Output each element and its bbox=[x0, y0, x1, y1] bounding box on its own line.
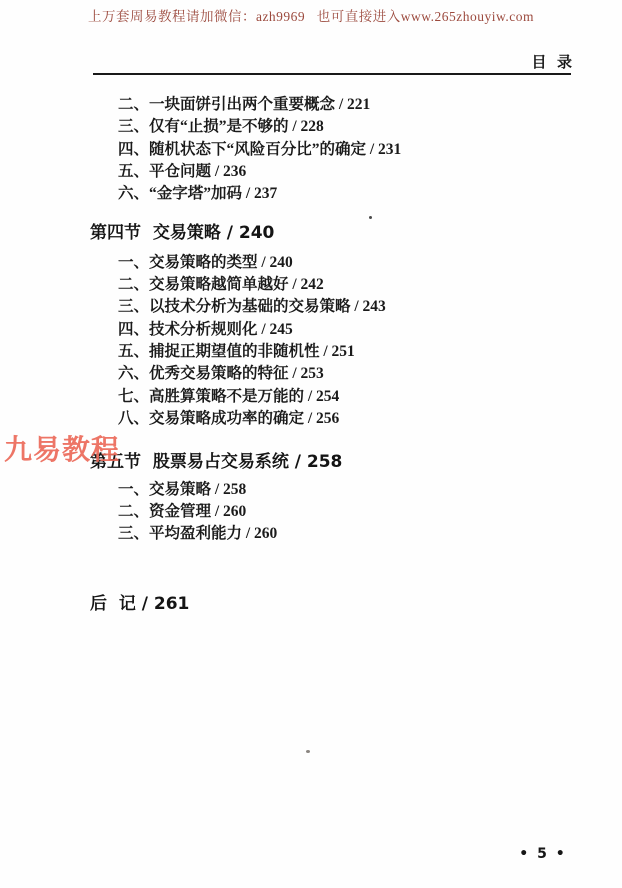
toc-section-heading-4: 第四节 交易策略 / 240 bbox=[90, 220, 602, 246]
watermark-text: 九易教程 bbox=[4, 428, 120, 468]
toc-item: 二、资金管理 / 260 bbox=[118, 501, 602, 523]
toc-item: 六、优秀交易策略的特征 / 253 bbox=[118, 363, 602, 385]
scan-speck bbox=[369, 216, 372, 219]
toc-section-block2: 一、交易策略的类型 / 240 二、交易策略越简单越好 / 242 三、以技术分… bbox=[118, 252, 602, 430]
toc-item: 三、仅有“止损”是不够的 / 228 bbox=[118, 116, 602, 138]
toc-item: 三、平均盈利能力 / 260 bbox=[118, 523, 602, 545]
header-divider-rule bbox=[93, 73, 571, 75]
toc-item: 五、捕捉正期望值的非随机性 / 251 bbox=[118, 341, 602, 363]
toc-item: 二、一块面饼引出两个重要概念 / 221 bbox=[118, 94, 602, 116]
toc-item: 二、交易策略越简单越好 / 242 bbox=[118, 274, 602, 296]
toc-section-block1: 二、一块面饼引出两个重要概念 / 221 三、仅有“止损”是不够的 / 228 … bbox=[118, 94, 602, 205]
promo-header-line: 上万套周易教程请加微信：azh9969 也可直接进入www.265zhouyiw… bbox=[0, 5, 622, 25]
toc-item: 一、交易策略 / 258 bbox=[118, 479, 602, 501]
scan-speck bbox=[306, 750, 310, 753]
toc-item: 一、交易策略的类型 / 240 bbox=[118, 252, 602, 274]
table-of-contents: 二、一块面饼引出两个重要概念 / 221 三、仅有“止损”是不够的 / 228 … bbox=[118, 94, 602, 618]
toc-item: 五、平仓问题 / 236 bbox=[118, 161, 602, 183]
toc-item: 四、随机状态下“风险百分比”的确定 / 231 bbox=[118, 139, 602, 161]
page-header-title: 目 录 bbox=[532, 51, 572, 72]
toc-item: 六、“金字塔”加码 / 237 bbox=[118, 183, 602, 205]
toc-item: 四、技术分析规则化 / 245 bbox=[118, 319, 602, 341]
toc-section-block3: 一、交易策略 / 258 二、资金管理 / 260 三、平均盈利能力 / 260 bbox=[118, 479, 602, 546]
afterword-entry: 后 记 / 261 bbox=[90, 591, 602, 618]
document-page: 上万套周易教程请加微信：azh9969 也可直接进入www.265zhouyiw… bbox=[0, 0, 622, 888]
page-number: • 5 • bbox=[503, 846, 583, 862]
toc-section-heading-5: 第五节 股票易占交易系统 / 258 bbox=[90, 449, 602, 475]
toc-item: 三、以技术分析为基础的交易策略 / 243 bbox=[118, 296, 602, 318]
toc-item: 七、高胜算策略不是万能的 / 254 bbox=[118, 386, 602, 408]
toc-item: 八、交易策略成功率的确定 / 256 bbox=[118, 408, 602, 430]
